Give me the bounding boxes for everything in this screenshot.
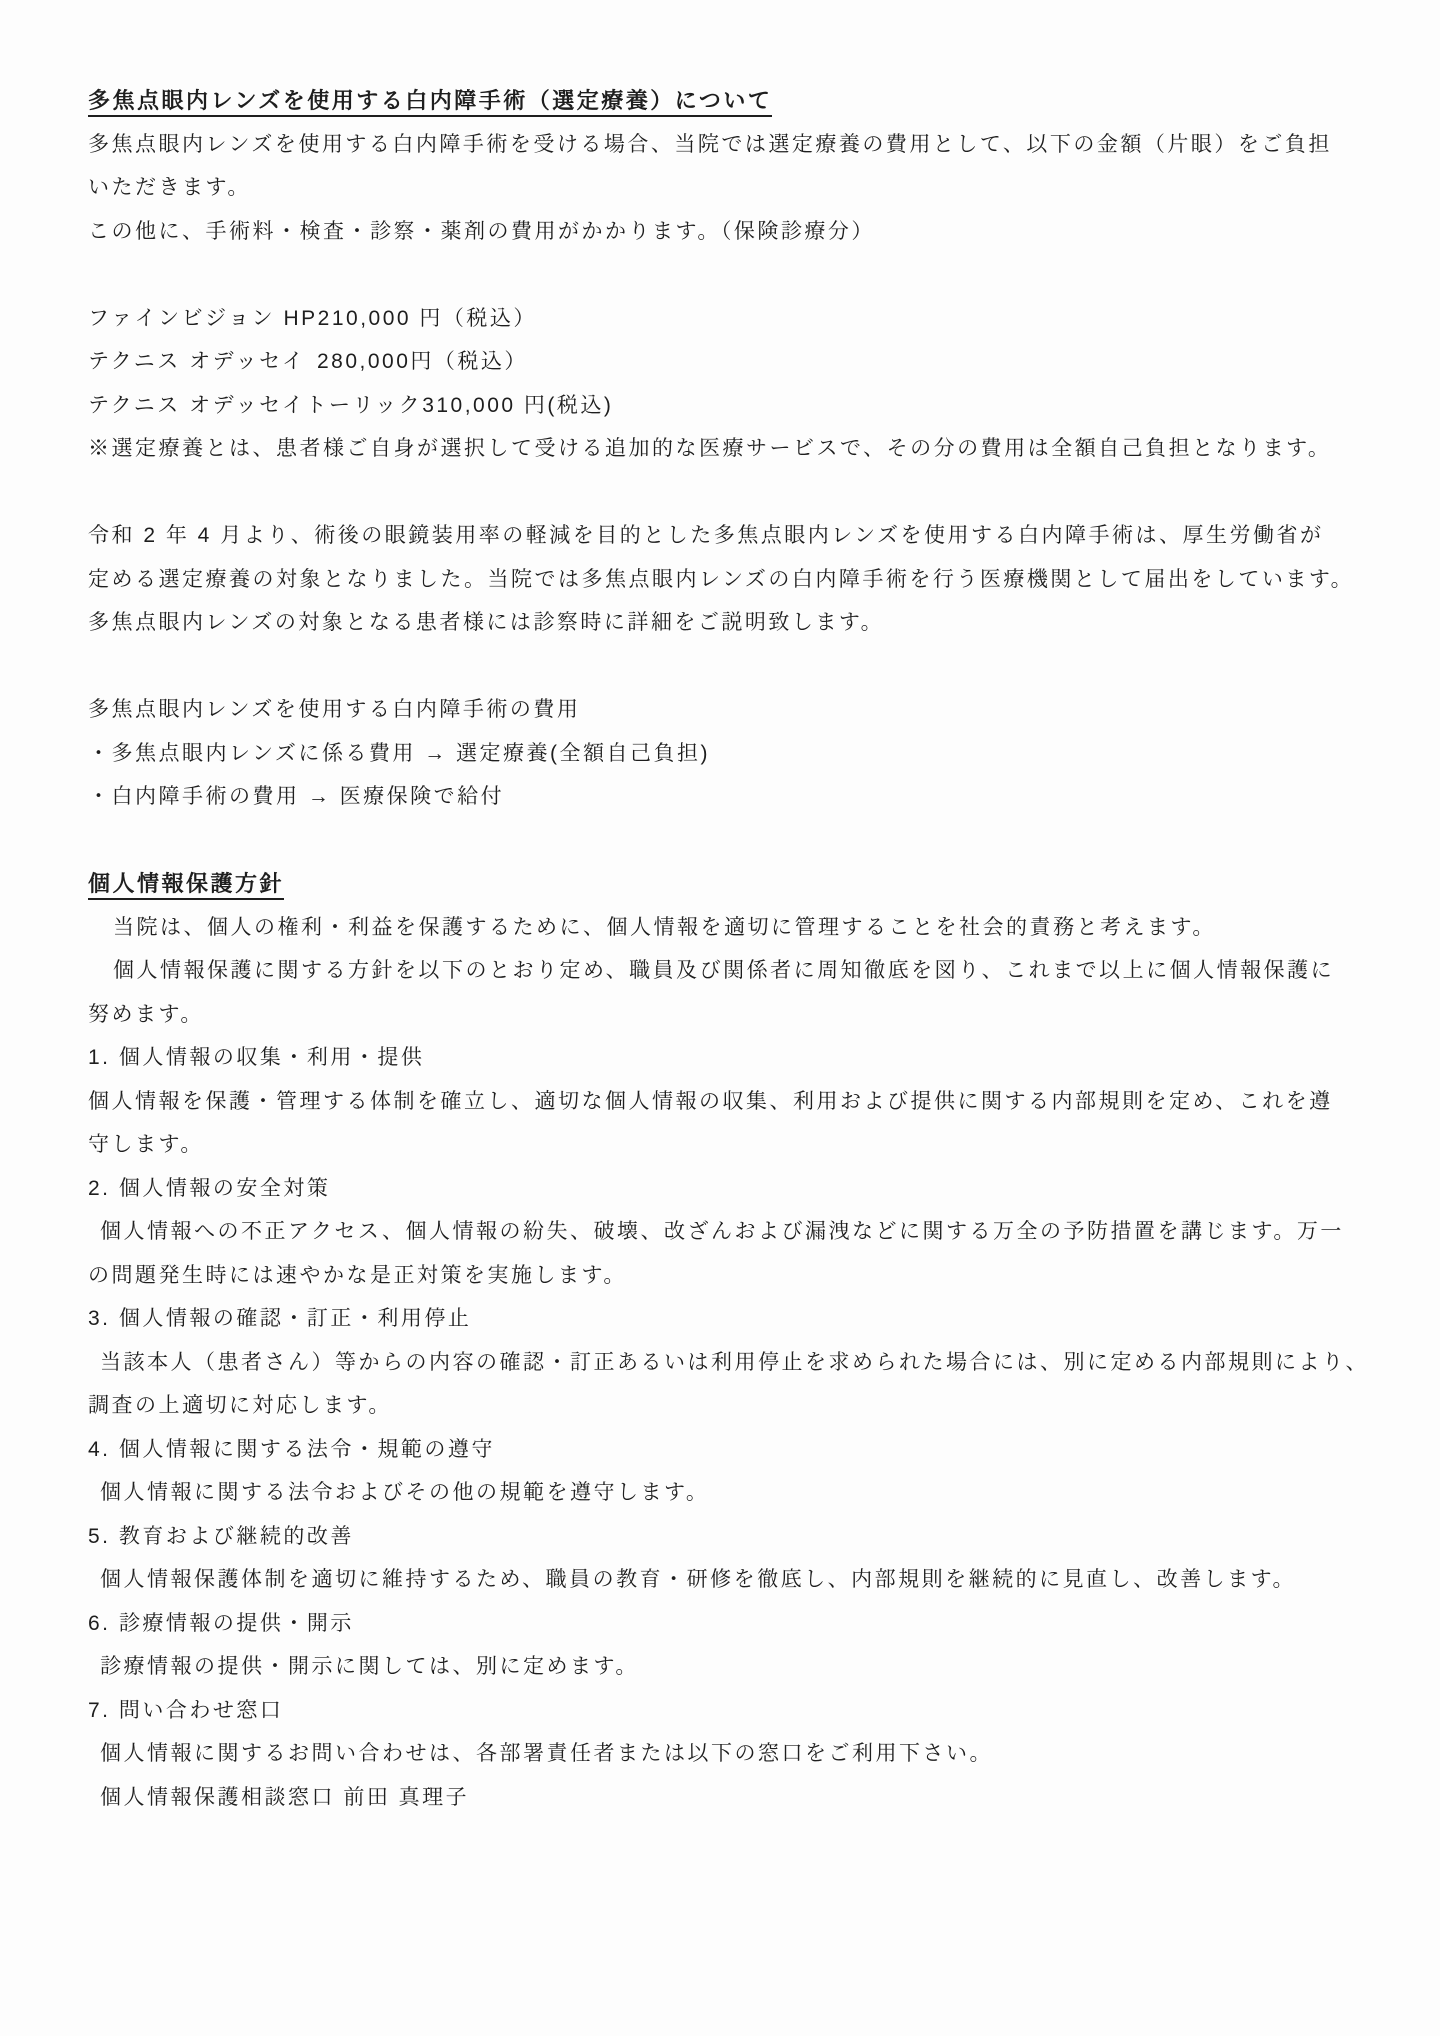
price-row: テクニス オデッセイ280,000円（税込） — [88, 340, 1380, 384]
policy-line: 個人情報への不正アクセス、個人情報の紛失、破壊、改ざんおよび漏洩などに関する万全… — [88, 1210, 1380, 1254]
cost-item: ・多焦点眼内レンズに係る費用 → 選定療養(全額自己負担) — [88, 732, 1380, 776]
document-page: 多焦点眼内レンズを使用する白内障手術（選定療養）について 多焦点眼内レンズを使用… — [0, 0, 1440, 2036]
section2-title-line: 個人情報保護方針 — [88, 862, 1380, 906]
policy-item-heading: 1. 個人情報の収集・利用・提供 — [88, 1036, 1380, 1080]
blank-line — [88, 471, 1380, 515]
cost-heading: 多焦点眼内レンズを使用する白内障手術の費用 — [88, 688, 1380, 732]
policy-item-heading: 2. 個人情報の安全対策 — [88, 1167, 1380, 1211]
lens-name: ファインビジョン HP — [88, 297, 318, 341]
policy-line: 当院は、個人の権利・利益を保護するために、個人情報を適切に管理することを社会的責… — [88, 906, 1380, 950]
policy-item-heading: 3. 個人情報の確認・訂正・利用停止 — [88, 1297, 1380, 1341]
lens-price: 310,000 円(税込) — [422, 394, 613, 417]
policy-line: 個人情報保護に関する方針を以下のとおり定め、職員及び関係者に周知徹底を図り、これ… — [88, 949, 1380, 993]
lens-name: テクニス オデッセイトーリック — [88, 384, 422, 428]
policy-item-heading: 5. 教育および継続的改善 — [88, 1515, 1380, 1559]
policy-line: の問題発生時には速やかな是正対策を実施します。 — [88, 1254, 1380, 1298]
section2-title: 個人情報保護方針 — [88, 871, 284, 900]
policy-item-heading: 7. 問い合わせ窓口 — [88, 1689, 1380, 1733]
section1-title-line: 多焦点眼内レンズを使用する白内障手術（選定療養）について — [88, 79, 1380, 123]
lens-name: テクニス オデッセイ — [88, 340, 317, 384]
policy-line: 個人情報に関するお問い合わせは、各部署責任者または以下の窓口をご利用下さい。 — [88, 1732, 1380, 1776]
section1-title: 多焦点眼内レンズを使用する白内障手術（選定療養）について — [88, 88, 772, 117]
intro-line: この他に、手術料・検査・診察・薬剤の費用がかかります。（保険診療分） — [88, 210, 1380, 254]
contact-person-line: 個人情報保護相談窓口 前田 真理子 — [88, 1776, 1380, 1820]
cost-item: ・白内障手術の費用 → 医療保険で給付 — [88, 775, 1380, 819]
blank-line — [88, 645, 1380, 689]
price-row: テクニス オデッセイトーリック310,000 円(税込) — [88, 384, 1380, 428]
intro-line: 多焦点眼内レンズを使用する白内障手術を受ける場合、当院では選定療養の費用として、… — [88, 123, 1380, 167]
blank-line — [88, 819, 1380, 863]
blank-line — [88, 253, 1380, 297]
background-paragraph-line: 令和 2 年 4 月より、術後の眼鏡装用率の軽減を目的とした多焦点眼内レンズを使… — [88, 514, 1380, 558]
policy-line: 調査の上適切に対応します。 — [88, 1384, 1380, 1428]
policy-line: 努めます。 — [88, 993, 1380, 1037]
lens-price: 210,000 円（税込） — [318, 307, 537, 330]
policy-line: 当該本人（患者さん）等からの内容の確認・訂正あるいは利用停止を求められた場合には… — [88, 1341, 1380, 1385]
policy-line: 個人情報を保護・管理する体制を確立し、適切な個人情報の収集、利用および提供に関す… — [88, 1080, 1380, 1124]
price-row: ファインビジョン HP210,000 円（税込） — [88, 297, 1380, 341]
background-paragraph-line: 多焦点眼内レンズの対象となる患者様には診察時に詳細をご説明致します。 — [88, 601, 1380, 645]
policy-item-heading: 4. 個人情報に関する法令・規範の遵守 — [88, 1428, 1380, 1472]
policy-line: 守します。 — [88, 1123, 1380, 1167]
note-line: ※選定療養とは、患者様ご自身が選択して受ける追加的な医療サービスで、その分の費用… — [88, 427, 1380, 471]
policy-line: 個人情報保護体制を適切に維持するため、職員の教育・研修を徹底し、内部規則を継続的… — [88, 1558, 1380, 1602]
background-paragraph-line: 定める選定療養の対象となりました。当院では多焦点眼内レンズの白内障手術を行う医療… — [88, 558, 1380, 602]
policy-line: 個人情報に関する法令およびその他の規範を遵守します。 — [88, 1471, 1380, 1515]
policy-item-heading: 6. 診療情報の提供・開示 — [88, 1602, 1380, 1646]
policy-line: 診療情報の提供・開示に関しては、別に定めます。 — [88, 1645, 1380, 1689]
intro-line: いただきます。 — [88, 166, 1380, 210]
lens-price: 280,000円（税込） — [317, 350, 528, 373]
